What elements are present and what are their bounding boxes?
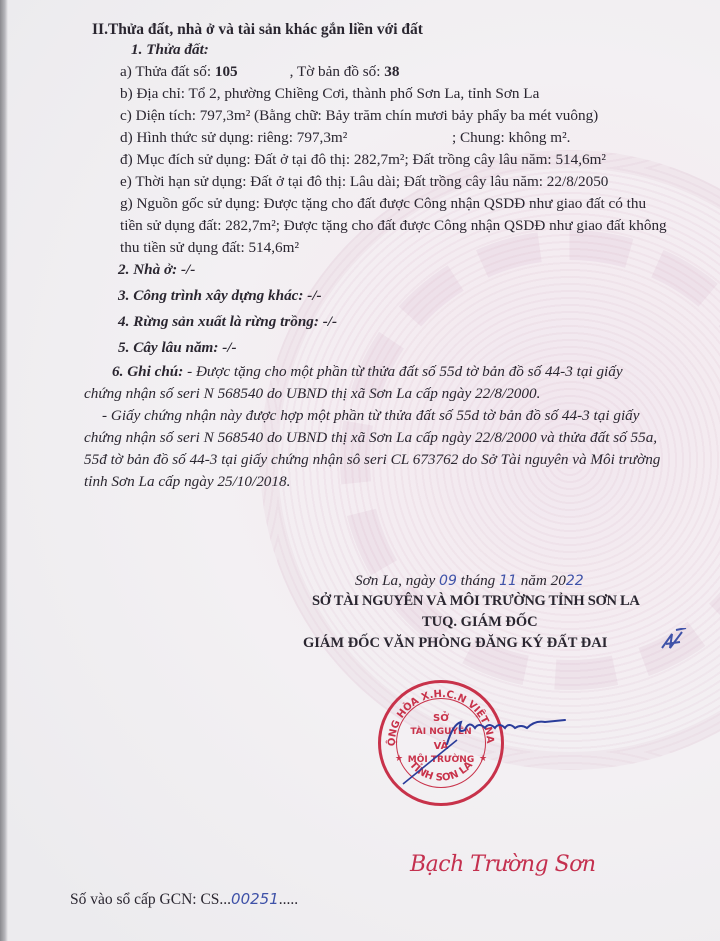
land-heading: 1. Thửa đất: — [131, 42, 209, 57]
signing-date: Sơn La, ngày 09 tháng 11 năm 2022 — [355, 573, 584, 588]
initial-mark-icon — [660, 628, 688, 654]
notes-label: 6. Ghi chú: — [112, 363, 183, 380]
handwritten-year: 22 — [566, 573, 584, 589]
handwritten-registry-number: 00251 — [231, 890, 279, 908]
production-forest-item: 4. Rừng sản xuất là rừng trồng: -/- — [118, 314, 337, 329]
notes-line-2: chứng nhận số seri N 568540 do UBND thị … — [84, 386, 540, 401]
signer-title: GIÁM ĐỐC VĂN PHÒNG ĐĂNG KÝ ĐẤT ĐAI — [303, 636, 607, 651]
notes-line-1: 6. Ghi chú: - Được tặng cho một phần từ … — [112, 364, 623, 379]
other-construction-item: 3. Công trình xây dựng khác: -/- — [118, 288, 322, 303]
area: c) Diện tích: 797,3m² (Bằng chữ: Bảy tră… — [120, 108, 598, 123]
address: b) Địa chỉ: Tổ 2, phường Chiềng Cơi, thà… — [120, 86, 539, 101]
parcel-number: 105 — [215, 63, 238, 80]
parcel-label: a) Thửa đất số: — [120, 63, 215, 80]
notes-line-6: tỉnh Sơn La cấp ngày 25/10/2018. — [84, 474, 290, 489]
perennial-trees-item: 5. Cây lâu năm: -/- — [118, 340, 237, 355]
notes-line-4: chứng nhận số seri N 568540 do UBND thị … — [84, 430, 657, 445]
handwritten-day: 09 — [439, 573, 457, 589]
signer-name: Bạch Trường Sơn — [410, 852, 596, 877]
usage-purpose: đ) Mục đích sử dụng: Đất ở tại đô thị: 2… — [120, 152, 606, 167]
issuing-agency: SỞ TÀI NGUYÊN VÀ MÔI TRƯỜNG TỈNH SƠN LA — [312, 594, 640, 609]
map-sheet-number: 38 — [384, 63, 399, 80]
usage-origin-2: tiền sử dụng đất: 282,7m²; Được tặng cho… — [120, 218, 667, 233]
page-edge-shadow — [0, 0, 8, 941]
usage-form-private: d) Hình thức sử dụng: riêng: 797,3m² — [120, 130, 347, 145]
parcel-info: a) Thửa đất số: 105, Tờ bản đồ số: 38 — [120, 64, 399, 79]
notes-line-5: 55đ tờ bản đồ số 44-3 tại giấy chứng nhậ… — [84, 452, 660, 467]
handwritten-month: 11 — [499, 573, 517, 589]
signature-icon — [395, 700, 575, 790]
usage-origin-1: g) Nguồn gốc sử dụng: Được tặng cho đất … — [120, 196, 646, 211]
usage-term: e) Thời hạn sử dụng: Đất ở tại đô thị: L… — [120, 174, 608, 189]
registry-number: Số vào sổ cấp GCN: CS...00251..... — [70, 892, 298, 908]
usage-form-shared: ; Chung: không m². — [452, 130, 570, 145]
house-item: 2. Nhà ở: -/- — [118, 262, 195, 277]
section-title: II.Thửa đất, nhà ở và tài sản khác gắn l… — [92, 22, 423, 38]
on-behalf-of: TUQ. GIÁM ĐỐC — [422, 615, 538, 630]
notes-line-3: - Giấy chứng nhận này được hợp một phần … — [102, 408, 640, 423]
usage-origin-3: thu tiền sử dụng đất: 514,6m² — [120, 240, 299, 255]
map-sheet-label: , Tờ bản đồ số: — [290, 63, 385, 80]
